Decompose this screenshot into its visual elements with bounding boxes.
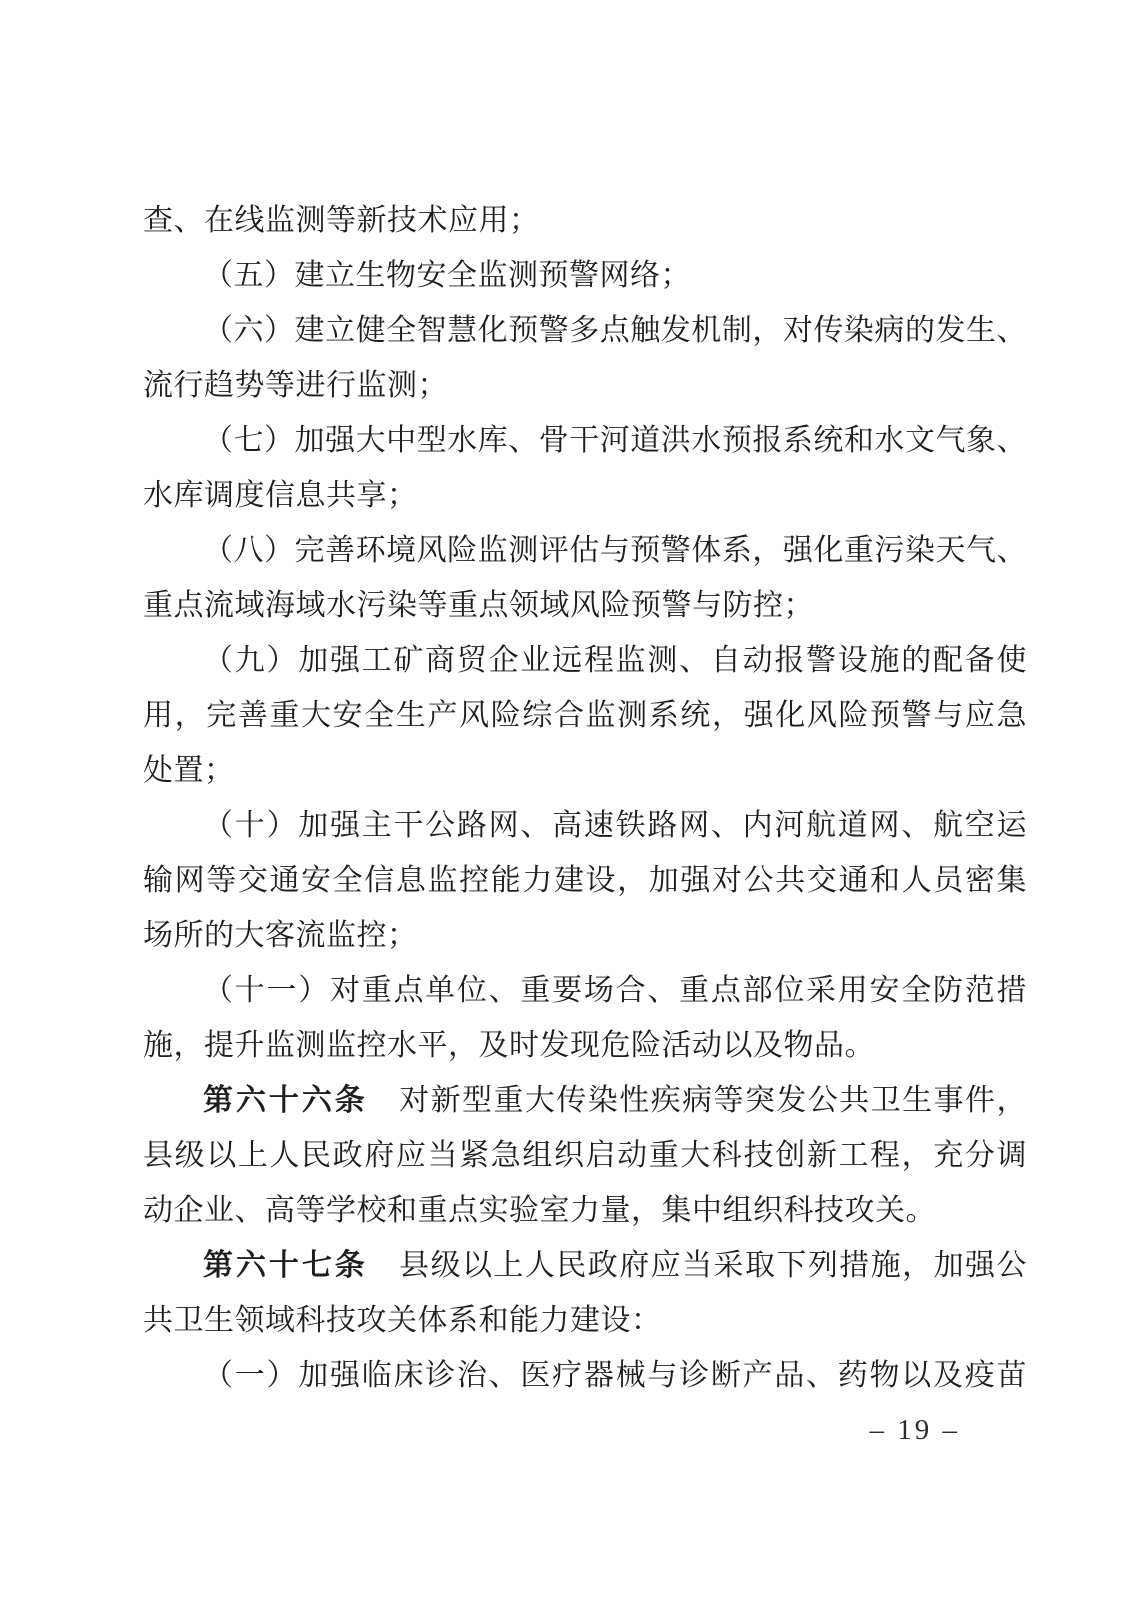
text-line: 处置； [143,743,1027,798]
text-line: 查、在线监测等新技术应用； [143,193,1027,248]
text-line: （七）加强大中型水库、骨干河道洪水预报系统和水文气象、 [143,413,1027,468]
article-number: 第六十六条 [203,1084,368,1117]
text-line: 水库调度信息共享； [143,468,1027,523]
text-line: 输网等交通安全信息监控能力建设，加强对公共交通和人员密集 [143,853,1027,908]
text-line: （十）加强主干公路网、高速铁路网、内河航道网、航空运 [143,798,1027,853]
text-line: （八）完善环境风险监测评估与预警体系，强化重污染天气、 [143,523,1027,578]
text-line: （九）加强工矿商贸企业远程监测、自动报警设施的配备使 [143,633,1027,688]
text-line: 用，完善重大安全生产风险综合监测系统，强化风险预警与应急 [143,688,1027,743]
page-number: – 19 – [870,1412,961,1448]
text-line: 重点流域海域水污染等重点领域风险预警与防控； [143,578,1027,633]
text-line: （六）建立健全智慧化预警多点触发机制，对传染病的发生、 [143,303,1027,358]
document-page: 查、在线监测等新技术应用；（五）建立生物安全监测预警网络；（六）建立健全智慧化预… [0,0,1132,1600]
document-body: 查、在线监测等新技术应用；（五）建立生物安全监测预警网络；（六）建立健全智慧化预… [143,193,1027,1403]
text-line: 第六十六条 对新型重大传染性疾病等突发公共卫生事件， [143,1073,1027,1128]
text-line: 场所的大客流监控； [143,908,1027,963]
text-line: 共卫生领域科技攻关体系和能力建设： [143,1293,1027,1348]
article-number: 第六十七条 [203,1249,368,1282]
text-line: 县级以上人民政府应当紧急组织启动重大科技创新工程，充分调 [143,1128,1027,1183]
text-line: 施，提升监测监控水平，及时发现危险活动以及物品。 [143,1018,1027,1073]
text-line: 动企业、高等学校和重点实验室力量，集中组织科技攻关。 [143,1183,1027,1238]
text-line: 流行趋势等进行监测； [143,358,1027,413]
text-line: （十一）对重点单位、重要场合、重点部位采用安全防范措 [143,963,1027,1018]
text-line: 第六十七条 县级以上人民政府应当采取下列措施，加强公 [143,1238,1027,1293]
text-line: （五）建立生物安全监测预警网络； [143,248,1027,303]
text-line: （一）加强临床诊治、医疗器械与诊断产品、药物以及疫苗 [143,1348,1027,1403]
